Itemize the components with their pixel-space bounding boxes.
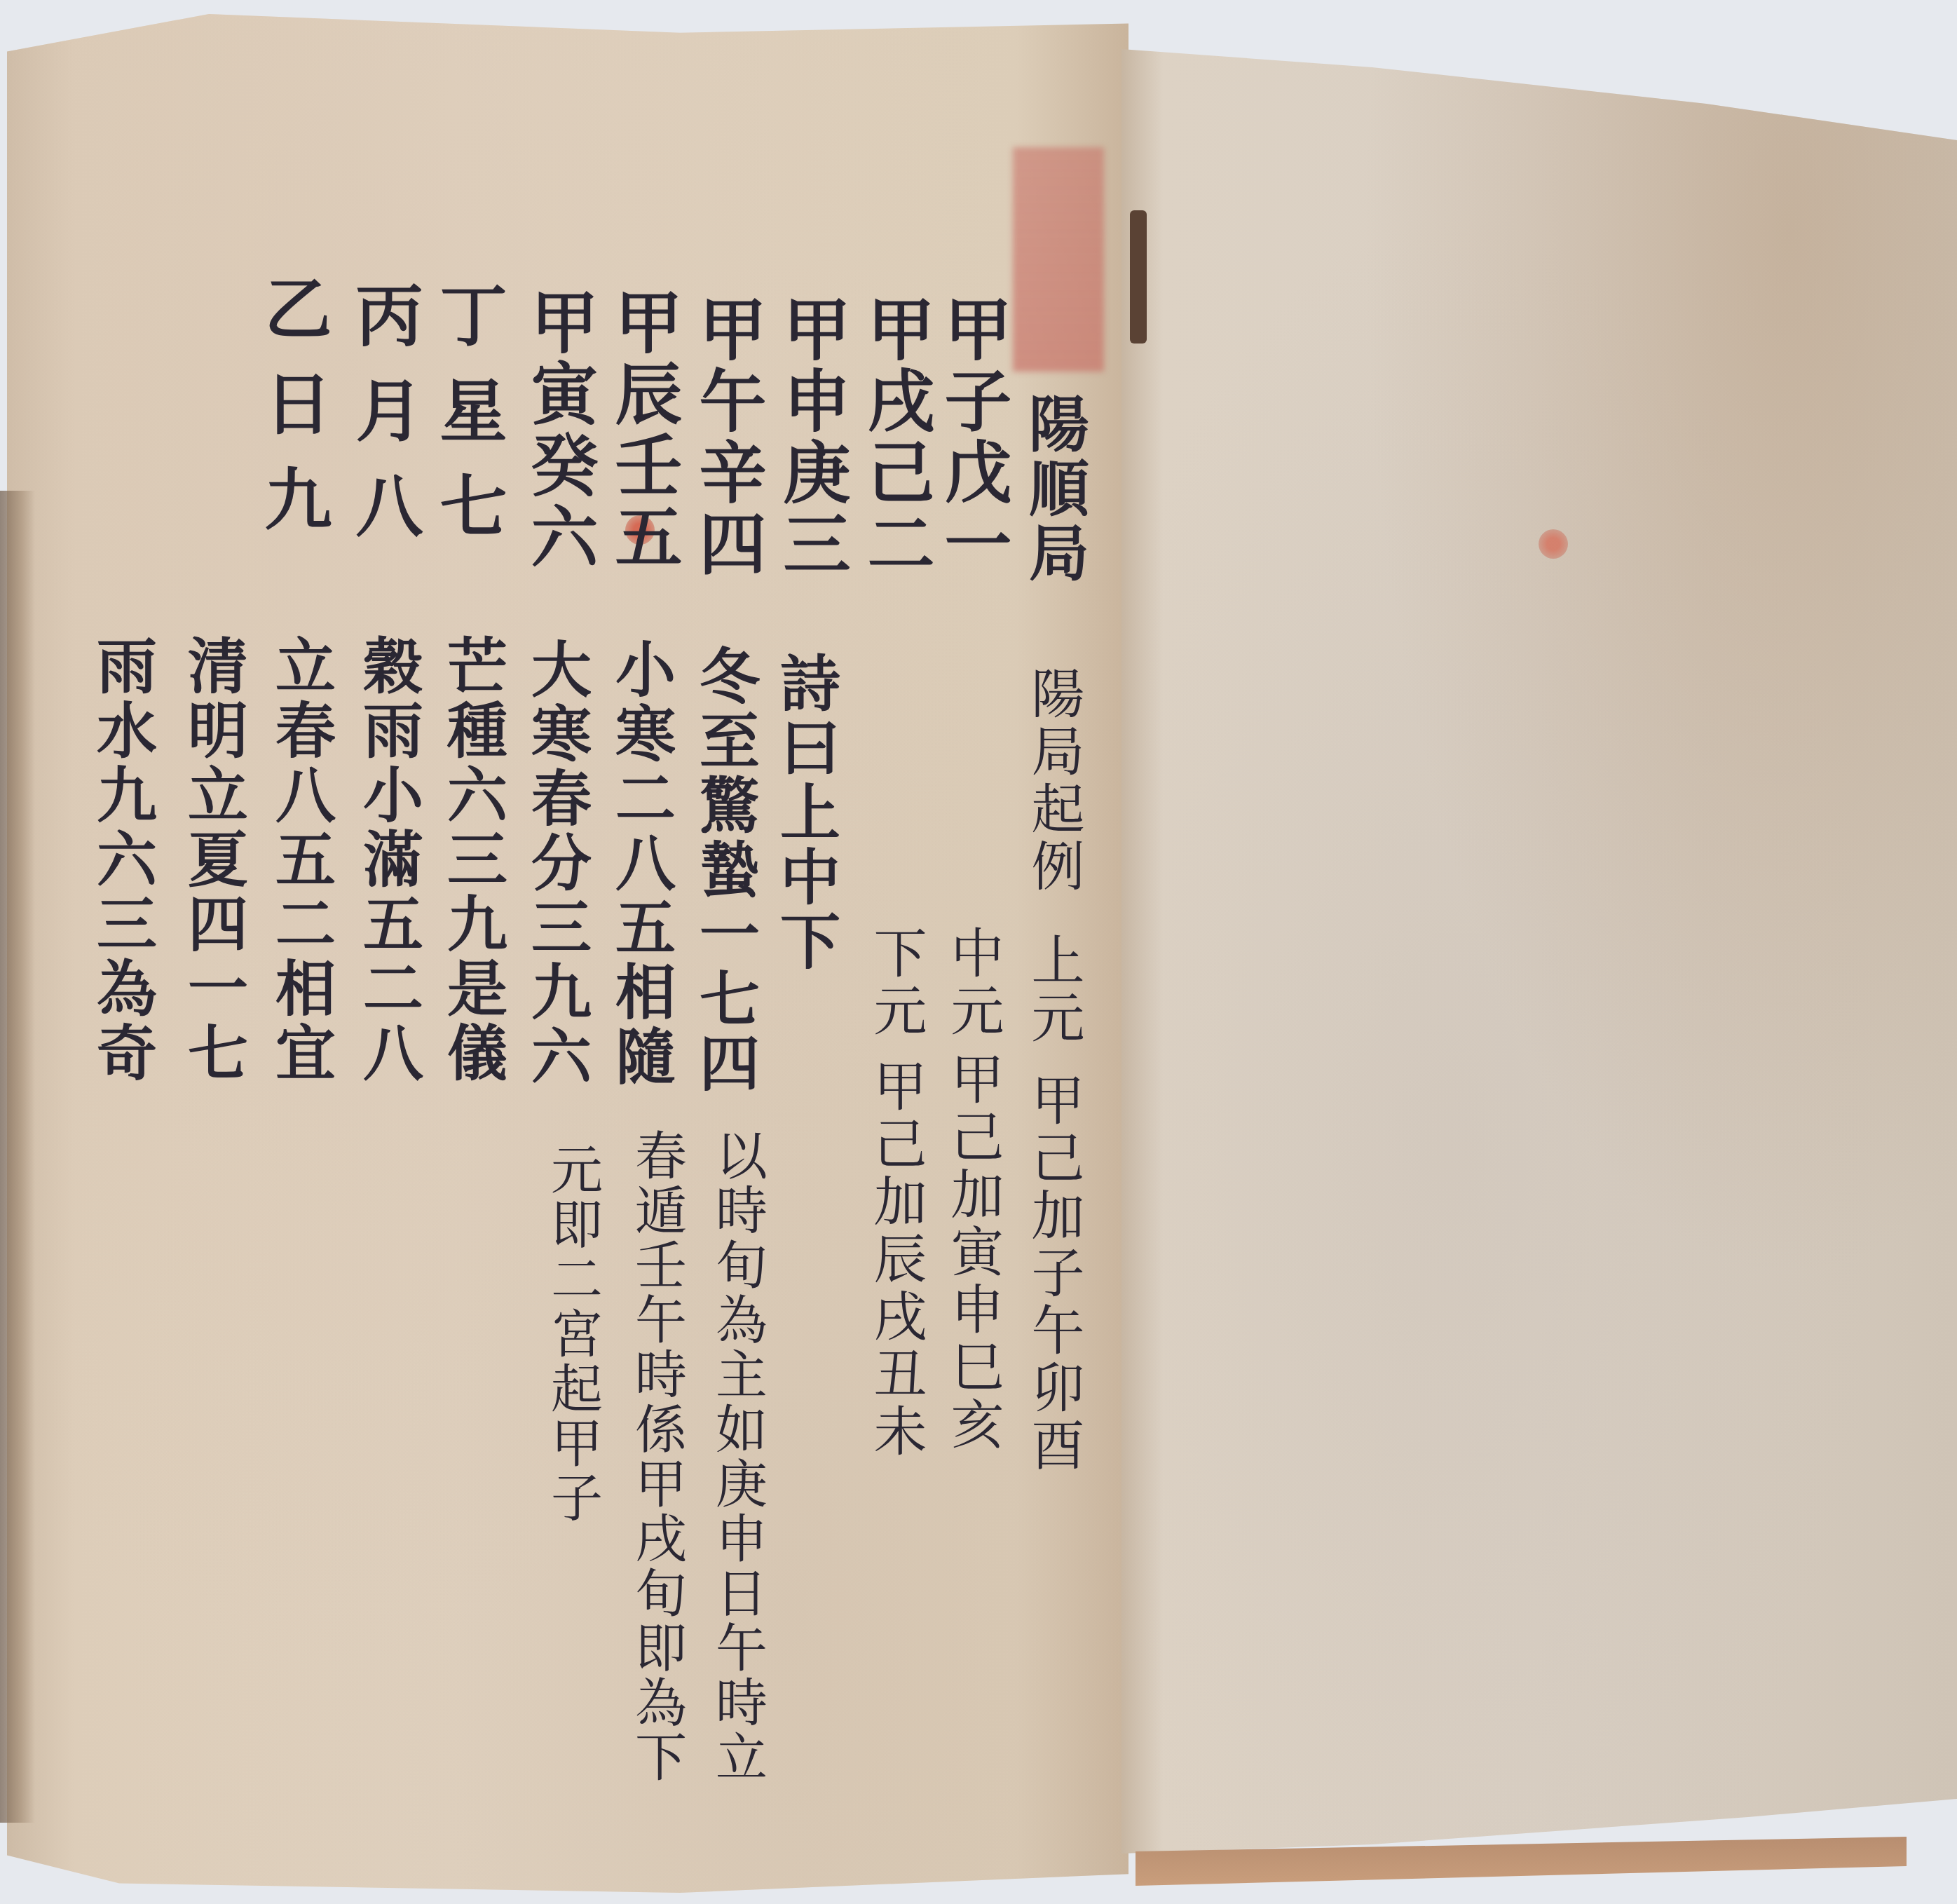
yuan-rule-lower: 甲己加辰戌丑未 (869, 1059, 922, 1461)
section-title-yang-ju-qi-li: 陽局起例 (1027, 666, 1080, 896)
yuan-label-upper: 上元 (1027, 932, 1080, 1047)
left-page-edge (0, 491, 35, 1823)
yuan-label-middle: 中元 (946, 925, 1000, 1040)
poem-line: 芒種六三九是儀 (442, 634, 502, 1086)
poem-line: 清明立夏四一七 (182, 634, 243, 1086)
table-column: 甲寅癸六 (526, 287, 593, 573)
table-column: 丁星七 (435, 280, 502, 566)
poem-line: 小寒二八五相隨 (610, 638, 670, 1089)
table-column: 甲午辛四 (694, 294, 761, 580)
poem-line: 詩曰上中下 (775, 652, 835, 974)
yuan-label-lower: 下元 (869, 925, 922, 1040)
section-title-yang-shun-ju: 陽順局 (1023, 393, 1084, 586)
table-column: 甲子戊一 (939, 294, 1007, 580)
poem-line: 冬至驚蟄一七四 (694, 645, 754, 1096)
note-line: 春遁壬午時係甲戌旬即為下 (631, 1129, 683, 1785)
yuan-rule-upper: 甲己加子午卯酉 (1027, 1073, 1080, 1475)
red-seal-stamp (1013, 147, 1104, 372)
poem-line: 立春八五二相宜 (270, 634, 330, 1086)
table-column: 甲戌己二 (862, 294, 929, 580)
table-column: 乙日九 (259, 273, 327, 559)
poem-line: 大寒春分三九六 (526, 638, 586, 1089)
poem-line: 雨水九六三為奇 (91, 634, 151, 1086)
poem-line: 穀雨小滿五二八 (357, 634, 418, 1086)
table-column: 甲申庚三 (778, 294, 845, 580)
note-line: 元即二宮起甲子 (547, 1143, 599, 1525)
table-column: 甲辰壬五 (610, 287, 677, 573)
table-column: 丙月八 (350, 280, 418, 566)
right-page (1121, 49, 1957, 1872)
binding-tear (1130, 210, 1147, 344)
red-stain-dot (1539, 529, 1568, 559)
note-line: 以時旬為主如庚申日午時立 (711, 1129, 763, 1785)
book-spread: 陽順局 甲子戊一 甲戌己二 甲申庚三 甲午辛四 甲辰壬五 甲寅癸六 丁星七 丙月… (0, 0, 1957, 1904)
yuan-rule-middle: 甲己加寅申巳亥 (946, 1052, 1000, 1454)
